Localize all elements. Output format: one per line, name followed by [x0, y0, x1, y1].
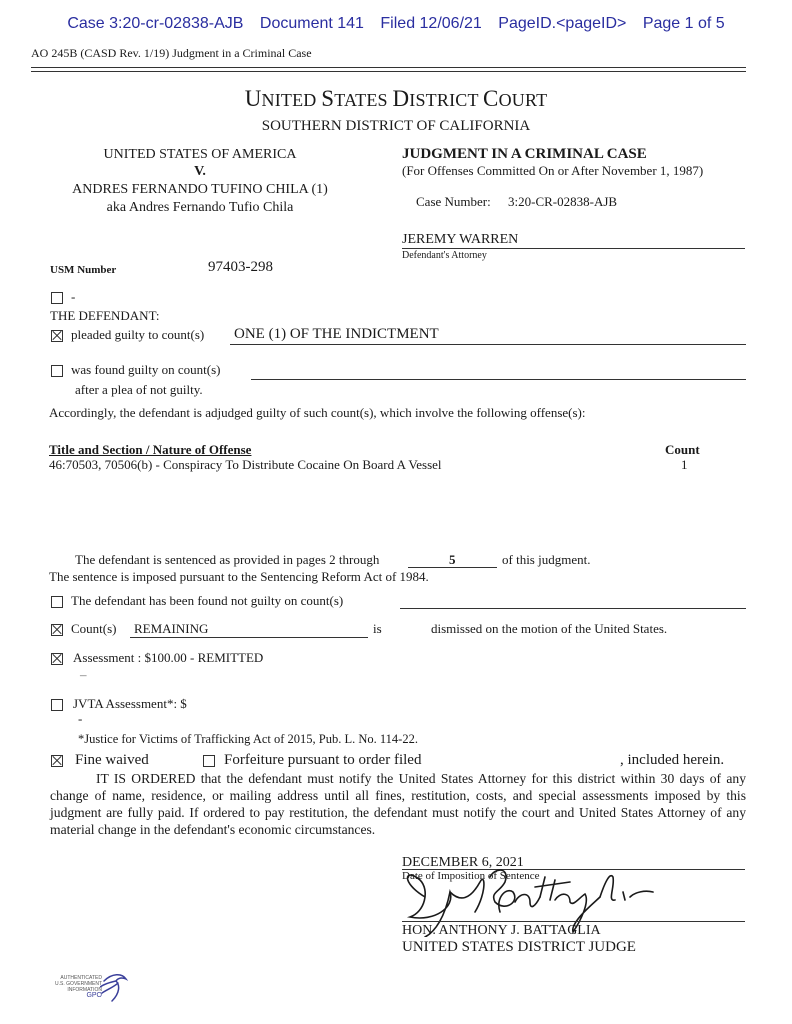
pleaded-guilty-checkbox[interactable] [51, 330, 63, 342]
fine-waived-row: Fine waived [51, 752, 149, 769]
blank-option-checkbox[interactable] [51, 292, 63, 304]
jvta-dash: - [78, 711, 82, 727]
accordingly-text: Accordingly, the defendant is adjudged g… [49, 405, 586, 421]
versus-label: V. [55, 164, 345, 180]
offense-description: 46:70503, 70506(b) - Conspiracy To Distr… [49, 457, 442, 473]
jvta-row: JVTA Assessment*: $ [51, 696, 187, 712]
assessment-dash: – [80, 667, 87, 683]
found-guilty-underline [251, 379, 746, 380]
defendant-heading: THE DEFENDANT: [50, 308, 159, 324]
offense-count: 1 [681, 457, 688, 473]
jvta-checkbox[interactable] [51, 699, 63, 711]
offense-header-count: Count [665, 442, 700, 458]
after-plea-text: after a plea of not guilty. [75, 382, 203, 398]
case-number-label: Case Number: [416, 194, 491, 210]
attorney-label: Defendant's Attorney [402, 250, 487, 261]
found-guilty-row: was found guilty on count(s) [51, 362, 220, 378]
gpo-seal-text: AUTHENTICATED U.S. GOVERNMENT INFORMATIO… [40, 975, 102, 999]
counts-dismissed-row: Count(s) [51, 621, 117, 637]
forfeiture-checkbox[interactable] [203, 755, 215, 767]
fine-waived-checkbox[interactable] [51, 755, 63, 767]
counts-dismissed-text: dismissed on the motion of the United St… [431, 621, 667, 637]
court-title: UNITED STATES DISTRICT COURT [0, 86, 792, 112]
plaintiff-name: UNITED STATES OF AMERICA [55, 147, 345, 163]
found-guilty-checkbox[interactable] [51, 365, 63, 377]
pleaded-guilty-underline [230, 344, 746, 345]
judge-name: HON. ANTHONY J. BATTAGLIA [402, 923, 601, 939]
pleaded-guilty-row: pleaded guilty to count(s) [51, 327, 204, 343]
order-paragraph: IT IS ORDERED that the defendant must no… [50, 770, 746, 838]
sentence-pages-suffix: of this judgment. [502, 552, 590, 568]
case-number-stamp: Case 3:20-cr-02838-AJB [67, 15, 243, 32]
jvta-footnote: *Justice for Victims of Trafficking Act … [78, 732, 418, 747]
not-guilty-checkbox[interactable] [51, 596, 63, 608]
reform-act-text: The sentence is imposed pursuant to the … [49, 569, 429, 585]
blank-option-row: - [51, 289, 75, 305]
page-count-stamp: Page 1 of 5 [643, 15, 725, 32]
attorney-name: JEREMY WARREN [402, 232, 518, 248]
form-identifier: AO 245B (CASD Rev. 1/19) Judgment in a C… [31, 46, 312, 61]
attorney-underline [402, 248, 745, 249]
court-district: SOUTHERN DISTRICT OF CALIFORNIA [0, 118, 792, 135]
judgment-subtitle: (For Offenses Committed On or After Nove… [402, 163, 703, 179]
offense-header-title: Title and Section / Nature of Offense [49, 442, 251, 458]
judgment-title: JUDGMENT IN A CRIMINAL CASE [402, 146, 647, 163]
sentence-pages-through: 5 [449, 552, 456, 568]
judge-title: UNITED STATES DISTRICT JUDGE [402, 939, 636, 956]
assessment-checkbox[interactable] [51, 653, 63, 665]
forfeiture-row: Forfeiture pursuant to order filed [203, 752, 421, 769]
sentence-pages-prefix: The defendant is sentenced as provided i… [75, 552, 379, 568]
usm-number-value: 97403-298 [208, 259, 273, 276]
case-number-value: 3:20-CR-02838-AJB [508, 194, 617, 210]
eagle-icon [100, 971, 130, 1005]
pleaded-guilty-value: ONE (1) OF THE INDICTMENT [234, 326, 439, 343]
not-guilty-underline [400, 608, 746, 609]
counts-is: is [373, 621, 382, 637]
header-double-rule [31, 67, 746, 72]
case-header-stamp: Case 3:20-cr-02838-AJB Document 141 File… [0, 15, 792, 33]
defendant-name: ANDRES FERNANDO TUFINO CHILA (1) [55, 182, 345, 198]
not-guilty-row: The defendant has been found not guilty … [51, 593, 343, 609]
counts-value: REMAINING [134, 621, 208, 637]
signature-underline [402, 921, 745, 922]
sentence-pages-underline [408, 567, 497, 568]
document-number-stamp: Document 141 [260, 15, 364, 32]
defendant-aka: aka Andres Fernando Tufio Chila [55, 200, 345, 216]
assessment-row: Assessment : $100.00 - REMITTED [51, 650, 263, 666]
usm-number-label: USM Number [50, 264, 116, 276]
filed-date-stamp: Filed 12/06/21 [380, 15, 481, 32]
counts-underline [130, 637, 368, 638]
page-id-stamp: PageID.<pageID> [498, 15, 626, 32]
counts-dismissed-checkbox[interactable] [51, 624, 63, 636]
included-herein-text: , included herein. [620, 752, 724, 769]
